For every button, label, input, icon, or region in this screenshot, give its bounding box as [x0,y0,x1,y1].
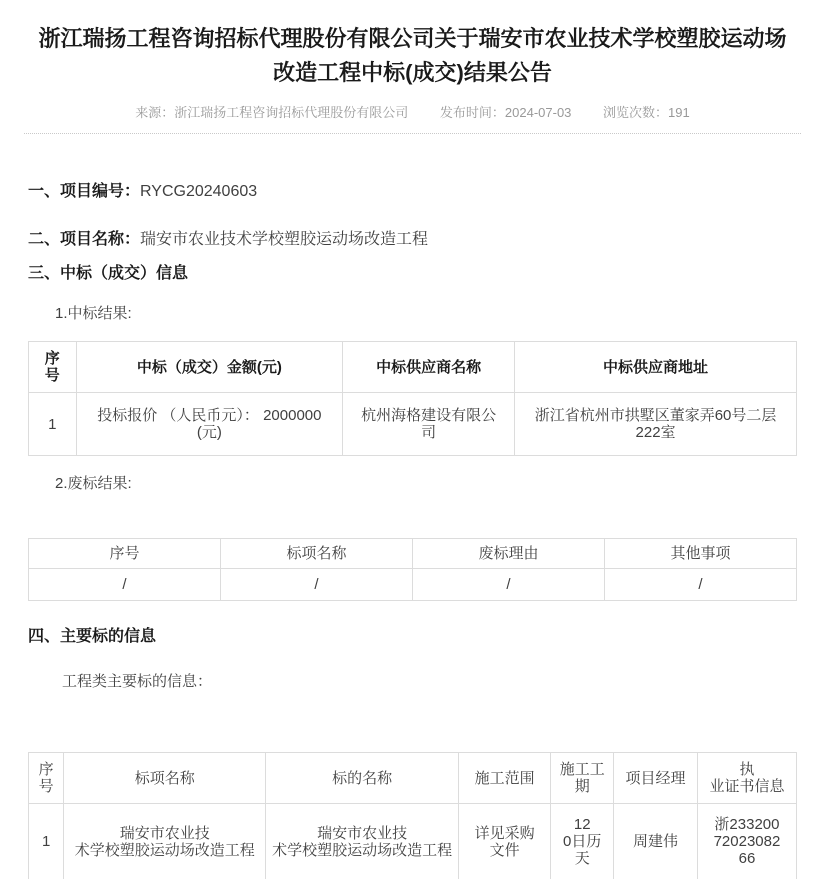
meta-source-label: 来源： [135,105,174,120]
table-row: 1 瑞安市农业技 术学校塑胶运动场改造工程 瑞安市农业技 术学校塑胶运动场改造工… [29,804,797,879]
col-header-other-matters: 其他事项 [605,539,797,569]
meta-publish-time: 发布时间：2024-07-03 [440,105,572,120]
meta-source: 来源：浙江瑞扬工程咨询招标代理股份有限公司 [135,105,408,120]
announcement-page: 浙江瑞扬工程咨询招标代理股份有限公司关于瑞安市农业技术学校塑胶运动场改造工程中标… [0,22,825,879]
col-header-supplier-name: 中标供应商名称 [343,342,515,393]
cell-construction-period: 12 0日历 天 [551,804,614,879]
meta-time-value: 2024-07-03 [505,105,572,120]
cell-serial: / [29,569,221,601]
cell-project-manager: 周建伟 [614,804,698,879]
section-project-name-label: 二、项目名称： [28,231,140,248]
table-header-row: 序 号 标项名称 标的名称 施工范围 施工工 期 项目经理 执 业证书信息 [29,753,797,804]
meta-views-value: 191 [668,105,690,120]
col-header-subject-name: 标的名称 [266,753,459,804]
table-row: / / / / [29,569,797,601]
table-row: 1 投标报价 （人民币元）： 2000000 (元) 杭州海格建设有限公 司 浙… [29,393,797,456]
col-header-lot-name: 标项名称 [221,539,413,569]
section-project-name-value: 瑞安市农业技术学校塑胶运动场改造工程 [140,231,428,248]
main-subject-table: 序 号 标项名称 标的名称 施工范围 施工工 期 项目经理 执 业证书信息 1 … [28,752,797,879]
cell-serial: 1 [29,393,77,456]
table-header-row: 序号 标项名称 废标理由 其他事项 [29,539,797,569]
section-project-name: 二、项目名称：瑞安市农业技术学校塑胶运动场改造工程 [28,230,797,250]
section-award-info-heading: 三、中标（成交）信息 [28,264,797,284]
cell-certificate-info: 浙233200 72023082 66 [697,804,796,879]
cell-serial: 1 [29,804,64,879]
cell-void-reason: / [413,569,605,601]
col-header-construction-scope: 施工范围 [459,753,551,804]
section-main-subject-heading: 四、主要标的信息 [28,627,797,647]
col-header-void-reason: 废标理由 [413,539,605,569]
award-result-caption: 1.中标结果: [28,304,797,324]
cell-supplier-address: 浙江省杭州市拱墅区董家弄60号二层 222室 [515,393,797,456]
col-header-certificate-info: 执 业证书信息 [697,753,796,804]
cell-construction-scope: 详见采购 文件 [459,804,551,879]
cell-lot-name: 瑞安市农业技 术学校塑胶运动场改造工程 [64,804,266,879]
meta-source-value: 浙江瑞扬工程咨询招标代理股份有限公司 [174,105,408,120]
col-header-award-amount: 中标（成交）金额(元) [76,342,342,393]
award-result-table: 序 号 中标（成交）金额(元) 中标供应商名称 中标供应商地址 1 投标报价 （… [28,341,797,456]
engineering-subject-caption: 工程类主要标的信息： [28,672,797,692]
section-project-number-label: 一、项目编号： [28,183,140,200]
col-header-serial: 序号 [29,539,221,569]
void-result-table: 序号 标项名称 废标理由 其他事项 / / / / [28,538,797,601]
cell-award-amount: 投标报价 （人民币元）： 2000000 (元) [76,393,342,456]
col-header-project-manager: 项目经理 [614,753,698,804]
article-body: 一、项目编号：RYCG20240603 二、项目名称：瑞安市农业技术学校塑胶运动… [0,182,825,879]
section-project-number: 一、项目编号：RYCG20240603 [28,182,797,202]
table-header-row: 序 号 中标（成交）金额(元) 中标供应商名称 中标供应商地址 [29,342,797,393]
col-header-construction-period: 施工工 期 [551,753,614,804]
void-result-caption: 2.废标结果: [28,474,797,494]
cell-subject-name: 瑞安市农业技 术学校塑胶运动场改造工程 [266,804,459,879]
article-meta: 来源：浙江瑞扬工程咨询招标代理股份有限公司 发布时间：2024-07-03 浏览… [0,105,825,120]
cell-supplier-name: 杭州海格建设有限公 司 [343,393,515,456]
section-project-number-value: RYCG20240603 [140,183,257,200]
meta-view-count: 浏览次数：191 [603,105,690,120]
page-title: 浙江瑞扬工程咨询招标代理股份有限公司关于瑞安市农业技术学校塑胶运动场改造工程中标… [28,22,797,90]
meta-time-label: 发布时间： [440,105,505,120]
col-header-supplier-address: 中标供应商地址 [515,342,797,393]
dotted-divider [24,133,801,134]
cell-lot-name: / [221,569,413,601]
meta-views-label: 浏览次数： [603,105,668,120]
col-header-serial: 序 号 [29,342,77,393]
col-header-lot-name: 标项名称 [64,753,266,804]
col-header-serial: 序 号 [29,753,64,804]
cell-other-matters: / [605,569,797,601]
